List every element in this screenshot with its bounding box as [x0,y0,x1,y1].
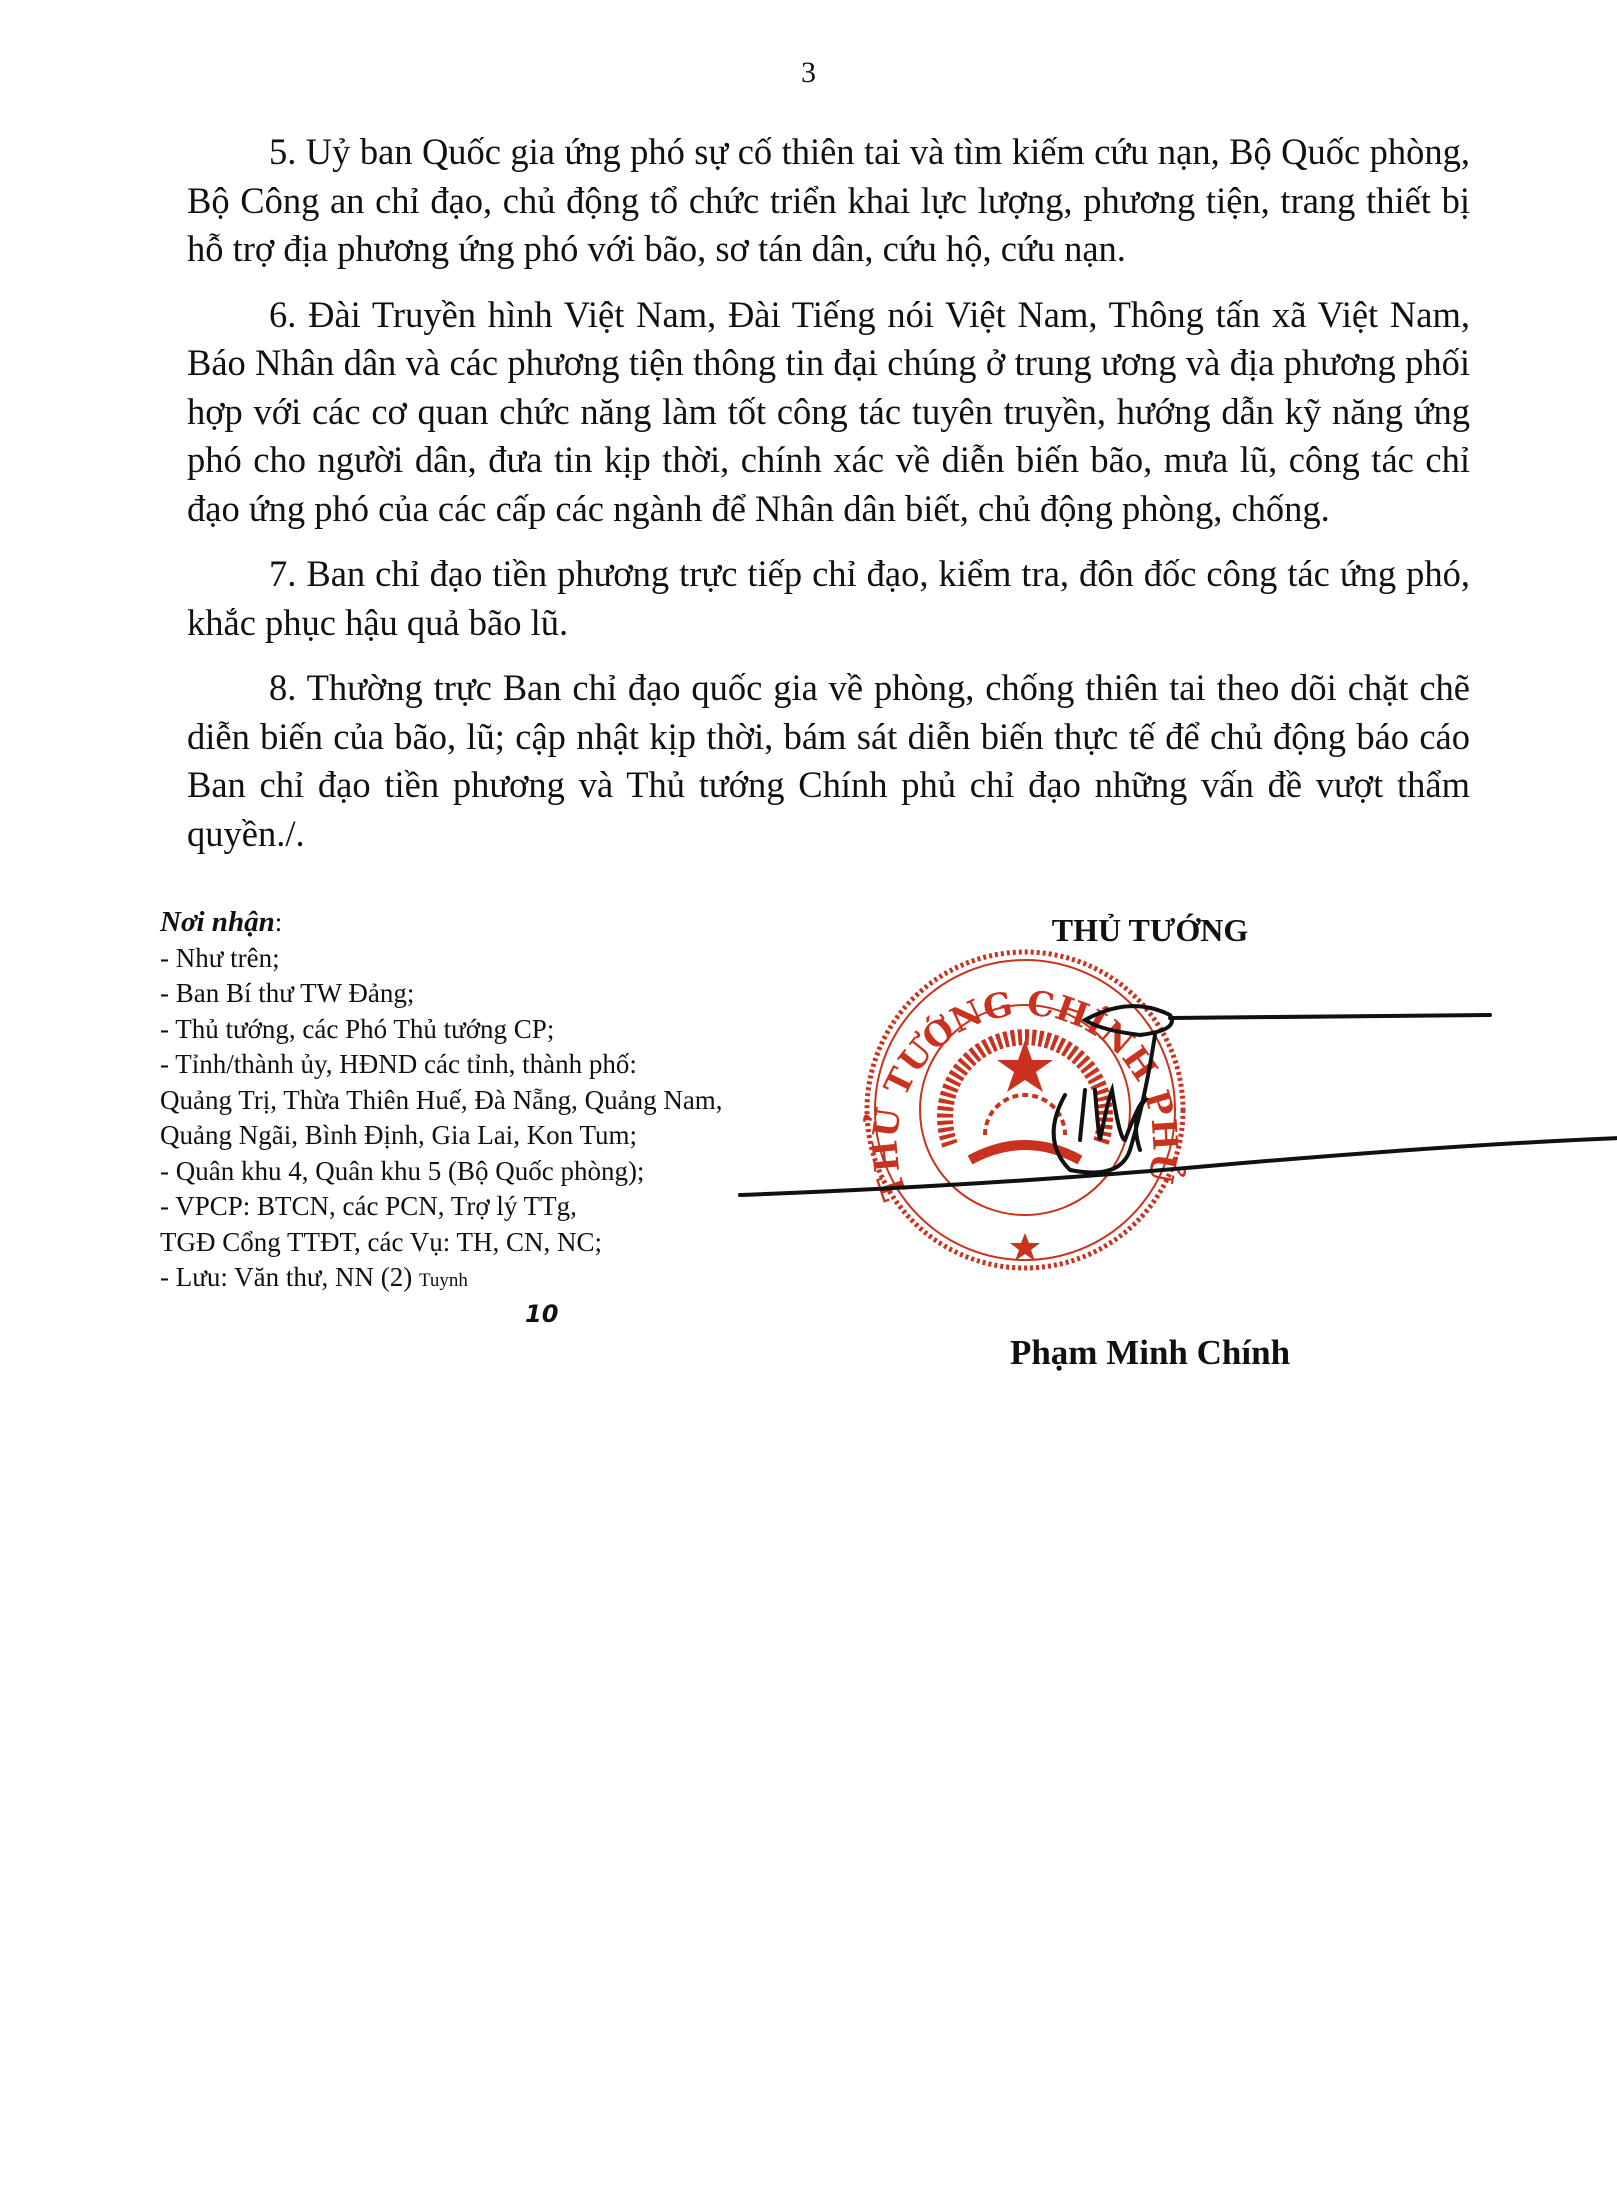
paragraph-5: 5. Uỷ ban Quốc gia ứng phó sự cố thiên t… [187,128,1470,274]
paragraph-8: 8. Thường trực Ban chỉ đạo quốc gia về p… [187,664,1470,858]
signer-name: Phạm Minh Chính [900,1333,1400,1373]
signer-title: THỦ TƯỚNG [1000,912,1300,949]
recipient-line-archive: - Lưu: Văn thư, NN (2) Tuynh [160,1260,800,1299]
paragraph-7: 7. Ban chỉ đạo tiền phương trực tiếp chỉ… [187,550,1470,647]
archive-suffix: Tuynh [419,1270,468,1291]
recipients-label: Nơi nhận [160,906,275,938]
recipients-colon: : [275,907,283,937]
recipients-heading: Nơi nhận: [160,905,800,941]
handwritten-count: 10 [525,1300,558,1328]
paragraph-6: 6. Đài Truyền hình Việt Nam, Đài Tiếng n… [187,291,1470,534]
document-body: 5. Uỷ ban Quốc gia ứng phó sự cố thiên t… [187,128,1470,875]
page-number: 3 [0,56,1617,90]
recipient-line: - Như trên; [160,941,800,977]
handwritten-signature-icon [700,990,1617,1240]
